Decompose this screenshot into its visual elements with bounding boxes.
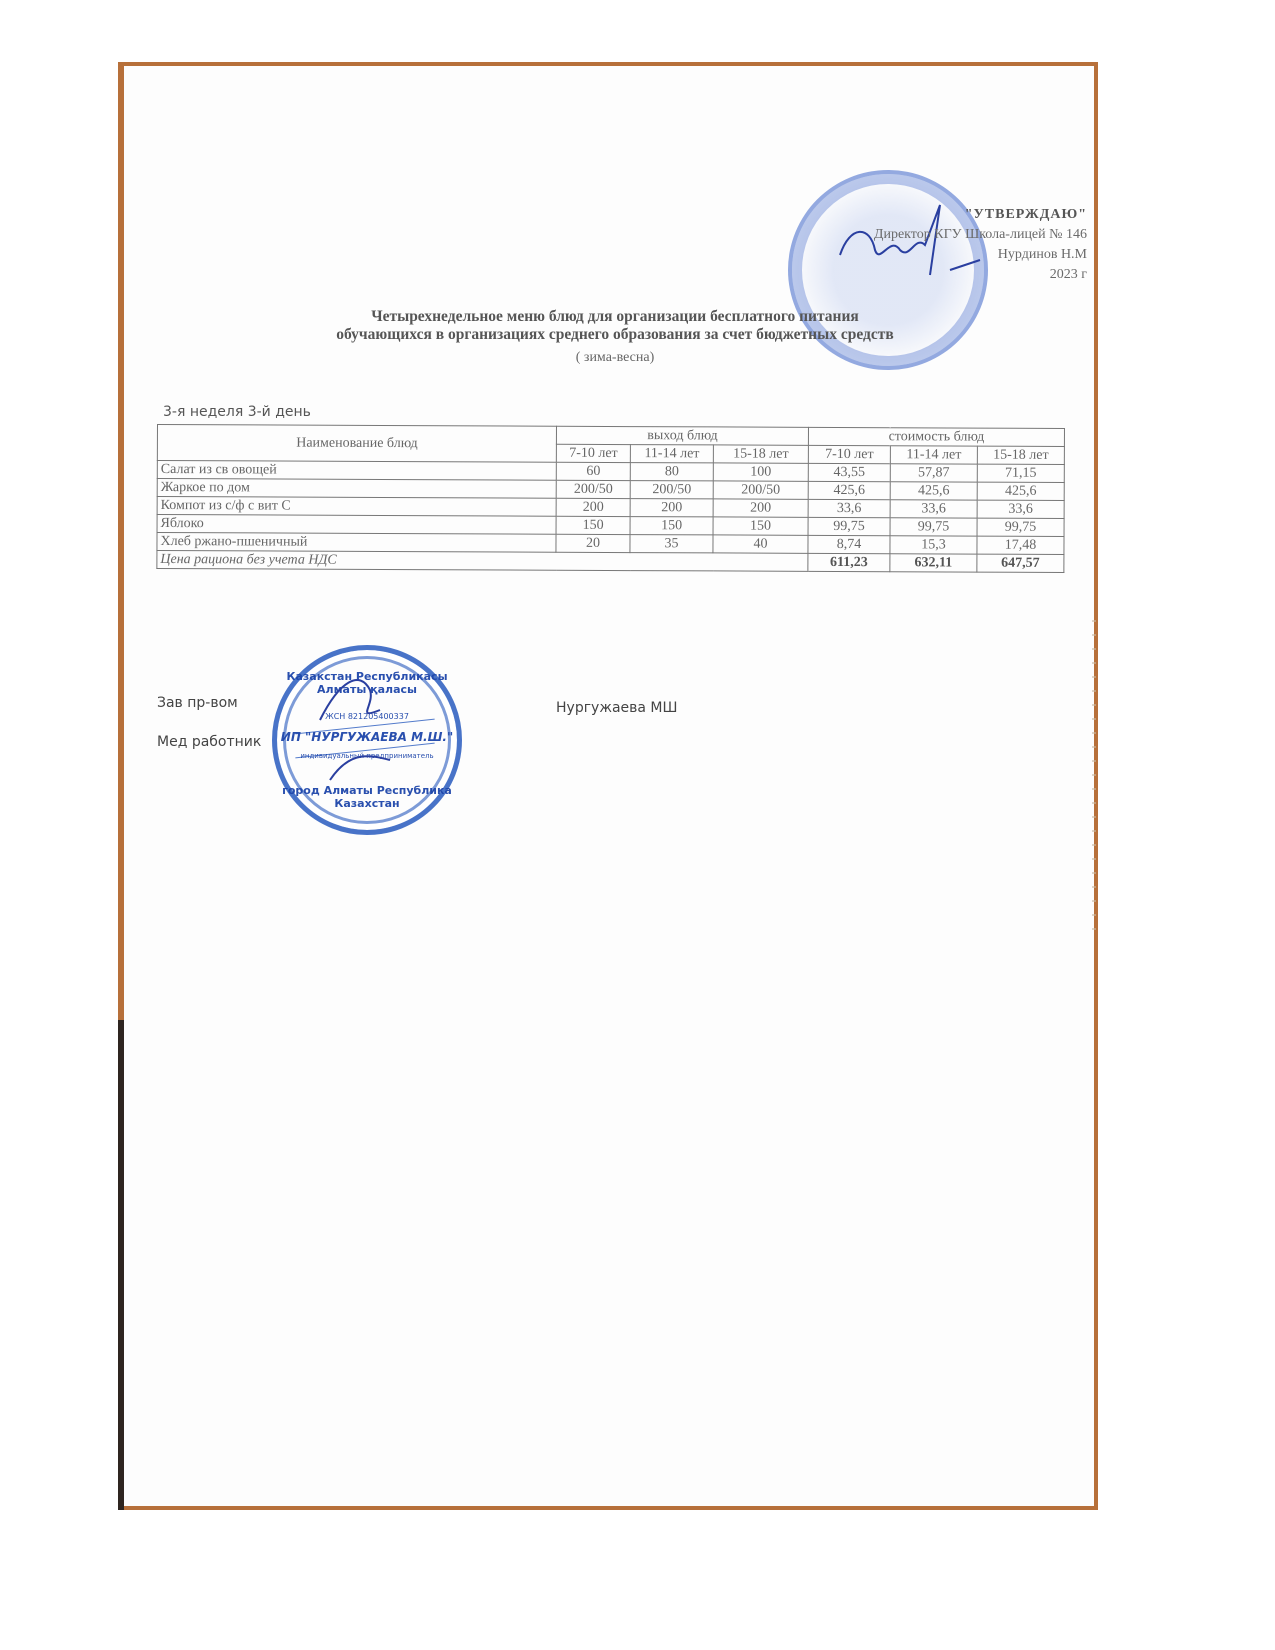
head-label: Зав пр-вом bbox=[157, 695, 238, 711]
total-row: Цена рациона без учета НДС 611,23 632,11… bbox=[157, 551, 1064, 573]
yield-cell: 80 bbox=[630, 463, 713, 481]
yield-cell: 20 bbox=[556, 534, 630, 552]
approval-heading: "УТВЕРЖДАЮ" bbox=[874, 205, 1087, 225]
col-cost-7-10: 7-10 лет bbox=[808, 445, 890, 463]
col-yield-15-18: 15-18 лет bbox=[713, 445, 808, 463]
dish-name: Хлеб ржано-пшеничный bbox=[157, 533, 556, 553]
approval-name: Нурдинов Н.М bbox=[874, 245, 1087, 265]
cost-cell: 425,6 bbox=[977, 482, 1064, 500]
cost-cell: 99,75 bbox=[890, 518, 977, 536]
col-group-yield: выход блюд bbox=[556, 426, 808, 445]
cost-cell: 71,15 bbox=[977, 464, 1064, 482]
dish-name: Жаркое по дом bbox=[157, 479, 556, 499]
col-yield-7-10: 7-10 лет bbox=[556, 444, 630, 462]
yield-cell: 60 bbox=[556, 462, 630, 480]
yield-cell: 200 bbox=[556, 498, 630, 516]
cost-cell: 425,6 bbox=[890, 482, 977, 500]
cost-cell: 99,75 bbox=[977, 518, 1064, 536]
season-label: ( зима-весна) bbox=[0, 350, 1230, 366]
title-line-1: Четырехнедельное меню блюд для организац… bbox=[0, 308, 1230, 326]
head-name: Нургужаева МШ bbox=[556, 700, 677, 716]
col-header-dish: Наименование блюд bbox=[157, 425, 556, 463]
yield-cell: 150 bbox=[713, 517, 808, 535]
dish-name: Компот из с/ф с вит С bbox=[157, 497, 556, 517]
cost-cell: 33,6 bbox=[808, 499, 890, 517]
medic-label: Мед работник bbox=[157, 734, 261, 750]
cost-cell: 425,6 bbox=[808, 481, 890, 499]
yield-cell: 35 bbox=[630, 535, 713, 553]
approval-position: Директор КГУ Школа-лицей № 146 bbox=[874, 225, 1087, 245]
yield-cell: 200/50 bbox=[556, 480, 630, 498]
cost-cell: 15,3 bbox=[890, 536, 977, 554]
yield-cell: 150 bbox=[556, 516, 630, 534]
week-day-label: 3-я неделя 3-й день bbox=[163, 404, 311, 420]
dish-name: Яблоко bbox=[157, 515, 556, 535]
col-cost-11-14: 11-14 лет bbox=[890, 446, 977, 464]
scan-edge-marks bbox=[1092, 620, 1096, 940]
menu-table: Наименование блюд выход блюд стоимость б… bbox=[156, 424, 1065, 573]
approval-block: "УТВЕРЖДАЮ" Директор КГУ Школа-лицей № 1… bbox=[874, 205, 1087, 285]
yield-cell: 200/50 bbox=[713, 481, 808, 499]
cost-cell: 99,75 bbox=[808, 517, 890, 535]
scan-shadow bbox=[118, 1020, 124, 1510]
total-7-10: 611,23 bbox=[808, 553, 890, 571]
total-spacer bbox=[556, 552, 808, 571]
cost-cell: 33,6 bbox=[977, 500, 1064, 518]
total-15-18: 647,57 bbox=[977, 554, 1064, 572]
cost-cell: 43,55 bbox=[808, 463, 890, 481]
yield-cell: 200 bbox=[713, 499, 808, 517]
producer-signature-icon bbox=[300, 660, 420, 810]
yield-cell: 40 bbox=[713, 535, 808, 553]
yield-cell: 200 bbox=[630, 499, 713, 517]
title-line-2: обучающихся в организациях среднего обра… bbox=[0, 326, 1230, 344]
cost-cell: 17,48 bbox=[977, 536, 1064, 554]
col-group-cost: стоимость блюд bbox=[808, 427, 1064, 446]
total-label: Цена рациона без учета НДС bbox=[157, 551, 556, 571]
total-11-14: 632,11 bbox=[890, 554, 977, 572]
yield-cell: 200/50 bbox=[630, 481, 713, 499]
yield-cell: 150 bbox=[630, 517, 713, 535]
cost-cell: 8,74 bbox=[808, 535, 890, 553]
dish-name: Салат из св овощей bbox=[157, 461, 556, 481]
document-title: Четырехнедельное меню блюд для организац… bbox=[0, 308, 1230, 344]
approval-year: 2023 г bbox=[874, 265, 1087, 285]
col-cost-15-18: 15-18 лет bbox=[977, 446, 1064, 464]
yield-cell: 100 bbox=[713, 463, 808, 481]
cost-cell: 33,6 bbox=[890, 500, 977, 518]
col-yield-11-14: 11-14 лет bbox=[630, 445, 713, 463]
cost-cell: 57,87 bbox=[890, 464, 977, 482]
